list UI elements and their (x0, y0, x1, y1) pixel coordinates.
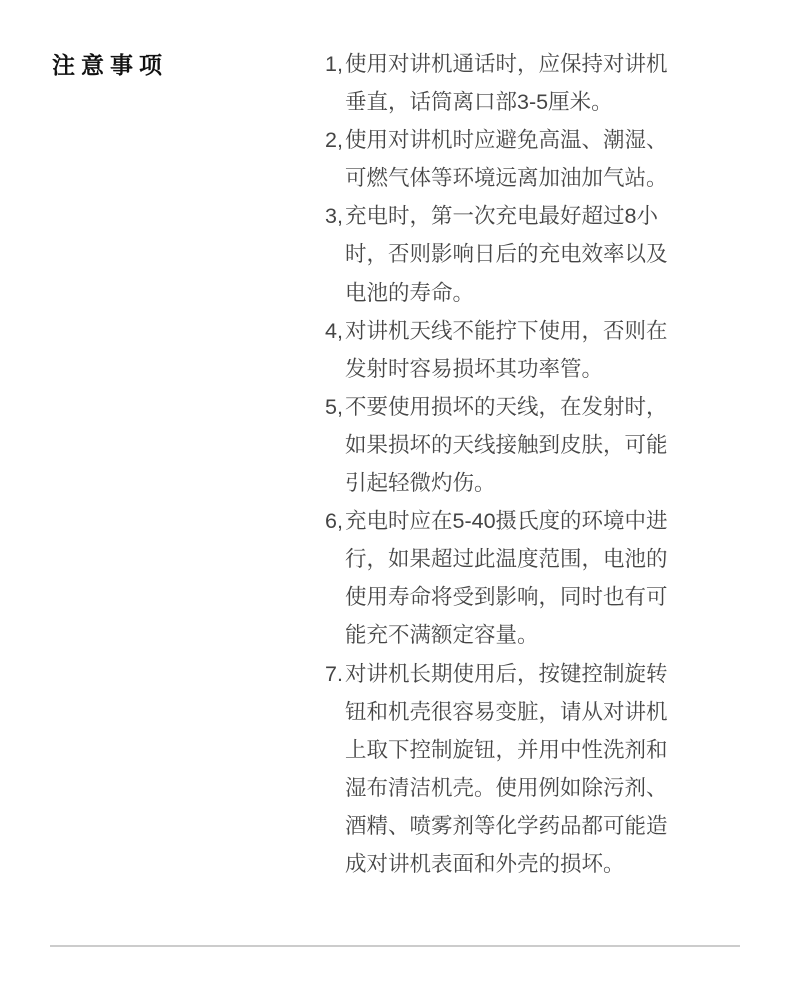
item-number: 6, (325, 502, 345, 540)
notice-item-3: 3,充电时，第一次充电最好超过8小 时，否则影响日后的充电效率以及 电池的寿命。 (325, 197, 745, 311)
item-number: 2, (325, 121, 345, 159)
item-number: 7. (325, 655, 345, 693)
notice-line: 电池的寿命。 (345, 274, 745, 312)
notice-item-4: 4,对讲机天线不能拧下使用，否则在 发射时容易损坏其功率管。 (325, 312, 745, 388)
notice-line: 发射时容易损坏其功率管。 (345, 350, 745, 388)
notice-line: 使用寿命将受到影响，同时也有可 (345, 578, 745, 616)
notice-line: 7.对讲机长期使用后，按键控制旋转 (345, 655, 745, 693)
notice-list: 1,使用对讲机通话时，应保持对讲机 垂直，话筒离口部3-5厘米。 2,使用对讲机… (325, 45, 745, 883)
notice-line: 钮和机壳很容易变脏，请从对讲机 (345, 693, 745, 731)
section-divider (50, 945, 740, 947)
item-number: 4, (325, 312, 345, 350)
notice-line: 时，否则影响日后的充电效率以及 (345, 235, 745, 273)
notice-line: 行，如果超过此温度范围，电池的 (345, 540, 745, 578)
item-number: 5, (325, 388, 345, 426)
notice-line: 垂直，话筒离口部3-5厘米。 (345, 83, 745, 121)
line-text: 使用对讲机时应避免高温、潮湿、 (345, 128, 668, 152)
notice-item-5: 5,不要使用损坏的天线，在发射时， 如果损坏的天线接触到皮肤，可能 引起轻微灼伤… (325, 388, 745, 502)
notice-line: 6,充电时应在5-40摄氏度的环境中进 (345, 502, 745, 540)
line-text: 充电时应在5-40摄氏度的环境中进 (345, 509, 668, 533)
notice-line: 如果损坏的天线接触到皮肤，可能 (345, 426, 745, 464)
notice-item-7: 7.对讲机长期使用后，按键控制旋转 钮和机壳很容易变脏，请从对讲机 上取下控制旋… (325, 655, 745, 884)
notice-line: 4,对讲机天线不能拧下使用，否则在 (345, 312, 745, 350)
notice-line: 引起轻微灼伤。 (345, 464, 745, 502)
line-text: 对讲机长期使用后，按键控制旋转 (345, 662, 668, 686)
notice-line: 可燃气体等环境远离加油加气站。 (345, 159, 745, 197)
notice-line: 酒精、喷雾剂等化学药品都可能造 (345, 807, 745, 845)
notice-line: 上取下控制旋钮，并用中性洗剂和 (345, 731, 745, 769)
notice-line: 能充不满额定容量。 (345, 616, 745, 654)
line-text: 对讲机天线不能拧下使用，否则在 (345, 319, 668, 343)
notice-item-1: 1,使用对讲机通话时，应保持对讲机 垂直，话筒离口部3-5厘米。 (325, 45, 745, 121)
line-text: 使用对讲机通话时，应保持对讲机 (345, 52, 668, 76)
notice-item-2: 2,使用对讲机时应避免高温、潮湿、 可燃气体等环境远离加油加气站。 (325, 121, 745, 197)
notice-line: 1,使用对讲机通话时，应保持对讲机 (345, 45, 745, 83)
line-text: 不要使用损坏的天线，在发射时， (345, 395, 668, 419)
notice-line: 湿布清洁机壳。使用例如除污剂、 (345, 769, 745, 807)
notice-line: 2,使用对讲机时应避免高温、潮湿、 (345, 121, 745, 159)
section-title: 注意事项 (52, 51, 168, 79)
notice-line: 3,充电时，第一次充电最好超过8小 (345, 197, 745, 235)
notice-line: 成对讲机表面和外壳的损坏。 (345, 845, 745, 883)
item-number: 1, (325, 45, 345, 83)
item-number: 3, (325, 197, 345, 235)
line-text: 充电时，第一次充电最好超过8小 (345, 204, 658, 228)
notice-item-6: 6,充电时应在5-40摄氏度的环境中进 行，如果超过此温度范围，电池的 使用寿命… (325, 502, 745, 654)
notice-line: 5,不要使用损坏的天线，在发射时， (345, 388, 745, 426)
